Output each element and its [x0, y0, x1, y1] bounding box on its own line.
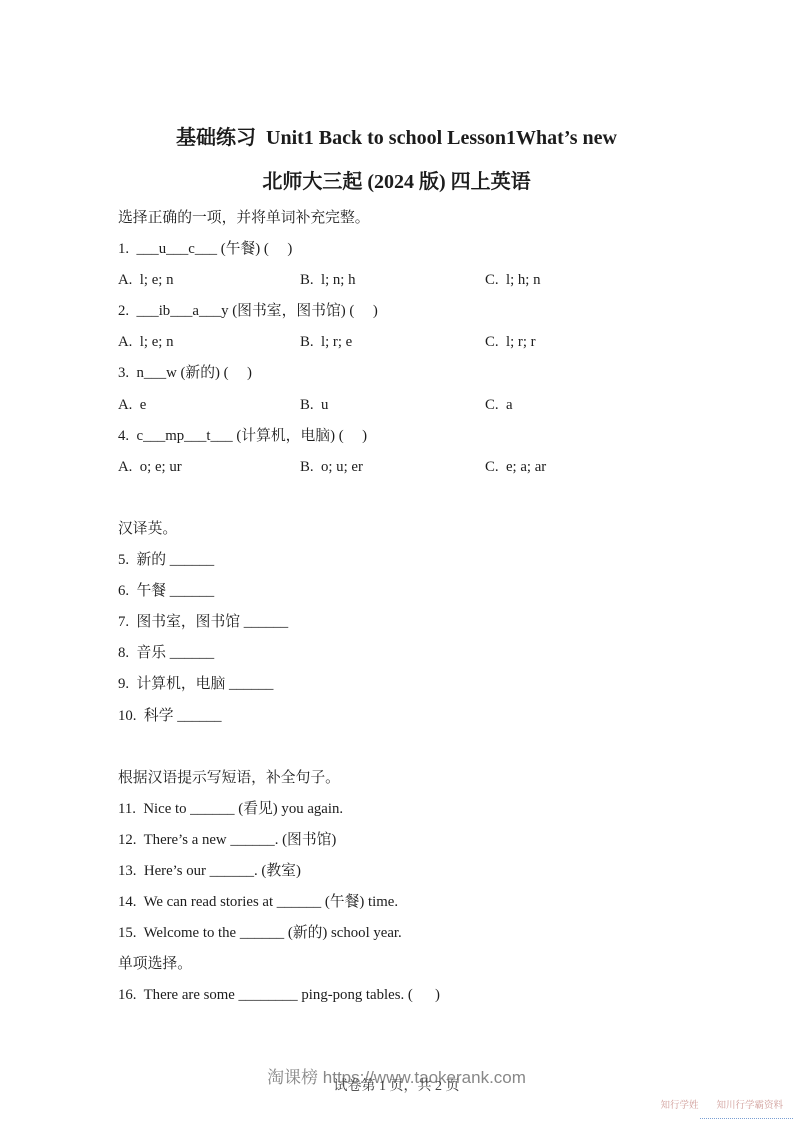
translation-item-7: 7. 图书室，图书馆 ______ [118, 607, 793, 638]
blank-line [118, 732, 793, 763]
option-a: A. o; e; ur [118, 452, 182, 483]
option-b: B. l; r; e [300, 327, 352, 358]
sentence-item-12: 12. There’s a new ______. (图书馆) [118, 825, 793, 856]
translation-item-9: 9. 计算机，电脑 ______ [118, 669, 793, 700]
blank-line [118, 483, 793, 514]
corner-watermark: 知行学姓知川行学霸资料 [642, 1100, 783, 1112]
question-3-options: A. e B. u C. a [118, 390, 793, 421]
section-instruction-fill-sentence: 根据汉语提示写短语，补全句子。 [118, 763, 793, 794]
translation-item-8: 8. 音乐 ______ [118, 638, 793, 669]
option-c: C. l; h; n [485, 265, 541, 296]
section-instruction-translation: 汉译英。 [118, 514, 793, 545]
worksheet-subtitle: 北师大三起 (2024 版) 四上英语 [0, 170, 793, 194]
question-1-options: A. l; e; n B. l; n; h C. l; h; n [118, 265, 793, 296]
option-c: C. e; a; ar [485, 452, 546, 483]
option-a: A. l; e; n [118, 265, 173, 296]
question-4-options: A. o; e; ur B. o; u; er C. e; a; ar [118, 452, 793, 483]
option-a: A. l; e; n [118, 327, 173, 358]
option-b: B. o; u; er [300, 452, 363, 483]
question-4-stem: 4. c___mp___t___ (计算机，电脑) ( ) [118, 421, 793, 452]
option-c: C. a [485, 390, 513, 421]
worksheet-page: 基础练习 Unit1 Back to school Lesson1What’s … [0, 0, 793, 1122]
sentence-item-13: 13. Here’s our ______. (教室) [118, 856, 793, 887]
option-b: B. l; n; h [300, 265, 356, 296]
worksheet-body: 选择正确的一项，并将单词补充完整。 1. ___u___c___ (午餐) ( … [118, 203, 793, 1011]
question-1-stem: 1. ___u___c___ (午餐) ( ) [118, 234, 793, 265]
section-instruction-multiple-choice: 单项选择。 [118, 949, 793, 980]
sentence-item-14: 14. We can read stories at ______ (午餐) t… [118, 887, 793, 918]
translation-item-5: 5. 新的 ______ [118, 545, 793, 576]
question-2-options: A. l; e; n B. l; r; e C. l; r; r [118, 327, 793, 358]
translation-item-6: 6. 午餐 ______ [118, 576, 793, 607]
section-instruction-word-completion: 选择正确的一项，并将单词补充完整。 [118, 203, 793, 234]
page-number: 试卷第 1 页，共 2 页 [0, 1078, 793, 1096]
option-c: C. l; r; r [485, 327, 536, 358]
choice-item-16: 16. There are some ________ ping-pong ta… [118, 980, 793, 1011]
translation-item-10: 10. 科学 ______ [118, 701, 793, 732]
sentence-item-15: 15. Welcome to the ______ (新的) school ye… [118, 918, 793, 949]
option-a: A. e [118, 390, 146, 421]
question-2-stem: 2. ___ib___a___y (图书室，图书馆) ( ) [118, 296, 793, 327]
sentence-item-11: 11. Nice to ______ (看见) you again. [118, 794, 793, 825]
option-b: B. u [300, 390, 328, 421]
dotted-underline [700, 1118, 793, 1119]
corner-watermark-text-2: 知川行学霸资料 [716, 1100, 783, 1111]
worksheet-title: 基础练习 Unit1 Back to school Lesson1What’s … [0, 126, 793, 150]
question-3-stem: 3. n___w (新的) ( ) [118, 358, 793, 389]
corner-watermark-text-1: 知行学姓 [660, 1100, 698, 1111]
